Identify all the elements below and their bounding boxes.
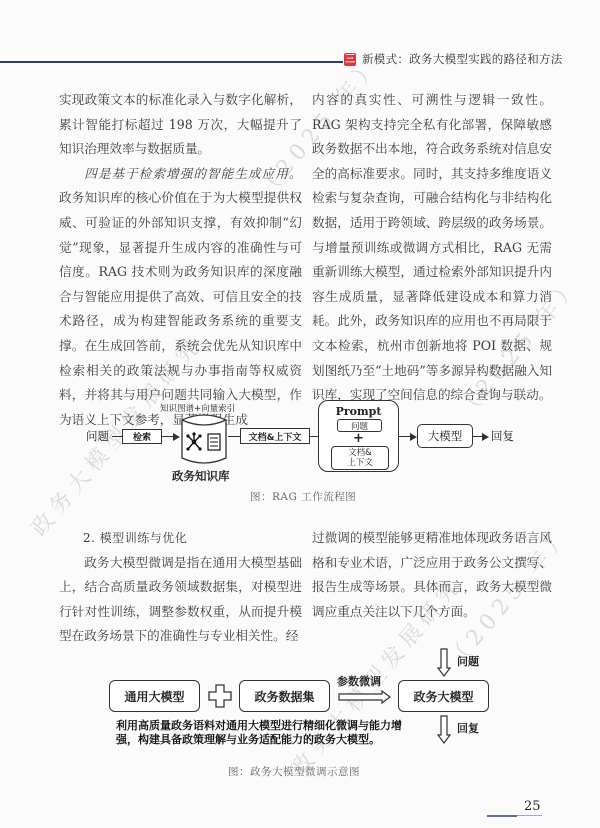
question-label: 问题 — [457, 653, 479, 669]
reply-label: 回复 — [457, 720, 479, 736]
dataset-label: 政务数据集 — [254, 688, 314, 705]
figure-caption: 图：政务大模型微调示意图 — [228, 764, 360, 779]
general-model-box: 通用大模型 — [109, 680, 200, 712]
dataset-box: 政务数据集 — [239, 680, 330, 712]
plus-icon — [208, 684, 232, 708]
page-number: 25 — [524, 799, 541, 814]
gov-model-label: 政务大模型 — [413, 688, 473, 705]
footer-rule — [517, 815, 542, 816]
down-arrow-icon — [437, 715, 451, 745]
down-arrow-icon — [437, 648, 451, 678]
finetune-diagram: 通用大模型 政务数据集 参数微调 政务大模型 问题 回复 利用高质量政务语料对通… — [0, 0, 600, 828]
finetune-description: 利用高质量政务语料对通用大模型进行精细化微调与能力增强，构建具备政策理解与业务适… — [116, 719, 416, 747]
tuning-label: 参数微调 — [337, 673, 381, 689]
gov-model-box: 政务大模型 — [398, 680, 489, 712]
footer-rule — [487, 815, 517, 817]
double-arrow-icon — [338, 690, 392, 704]
general-model-label: 通用大模型 — [124, 688, 184, 705]
